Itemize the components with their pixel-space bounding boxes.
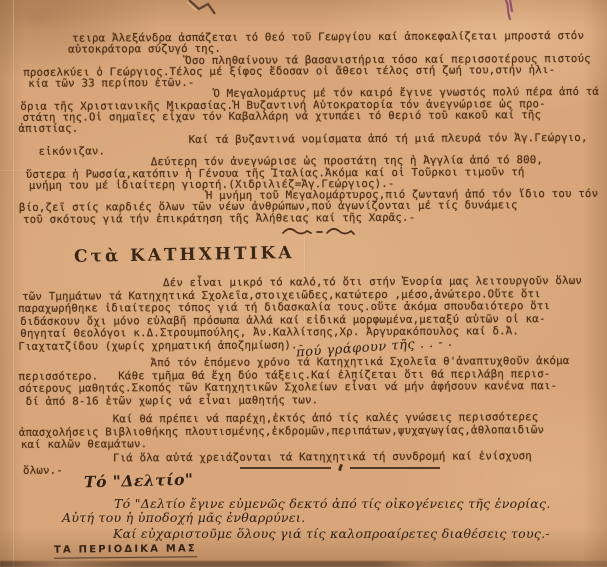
divider-line (240, 467, 331, 469)
section-heading-katichitika: Ϲτὰ ΚΑΤΗΧΗΤΙΚΑ (74, 243, 295, 267)
typed-line: δί ἀπό 8-16 ἐτῶν χωρίς νά εἶναι μαθητής … (1, 392, 607, 408)
handwritten-paragraph-deltio: Τό "Δελτίο ἔγινε εὐμενῶς δεκτό ἀπό τίς ο… (0, 494, 607, 541)
paper-crease-mark (175, 0, 235, 24)
section-divider (240, 464, 440, 471)
pen-mark (500, 0, 524, 26)
typed-line: τοῦ σκότους γιά τήν ἐπικράτηση τῆς Ἀλήθε… (1, 211, 607, 225)
typed-line: στάτη της.Οἱ σημαῖες εἶχαν τόν Καβαλλάρη… (0, 109, 607, 123)
footer-heading-periodika: ΤΑ ΠΕΡΙΟΔΙΚΑ ΜΑΣ (54, 543, 197, 558)
typed-paragraphs-saint-george: τειρα Ἀλεξάνδρα ἀσπάζεται τό Θεό τοῦ Γεω… (0, 30, 607, 225)
divider-line (350, 467, 441, 469)
scanned-document-page: τειρα Ἀλεξάνδρα ἀσπάζεται τό Θεό τοῦ Γεω… (0, 0, 607, 567)
handwritten-line: Αὐτή του ἡ ὑποδοχή μᾶς ἐνθαρρύνει. (0, 511, 607, 525)
section-heading-deltio: Τό "Δελτίο" (84, 470, 194, 492)
scan-edge-shadow (0, 561, 607, 567)
typed-paragraphs-katichitika: Δέν εἶναι μικρό τό καλό,τό ὅτι στήν Ἐνορ… (0, 275, 607, 478)
divider-mark (337, 464, 342, 472)
squiggle-divider (281, 225, 357, 239)
handwritten-line: Τό "Δελτίο ἔγινε εὐμενῶς δεκτό ἀπό τίς ο… (0, 497, 607, 511)
handwritten-line: Καί εὐχαριστοῦμε ὅλους γιά τίς καλοπροαί… (0, 527, 607, 541)
